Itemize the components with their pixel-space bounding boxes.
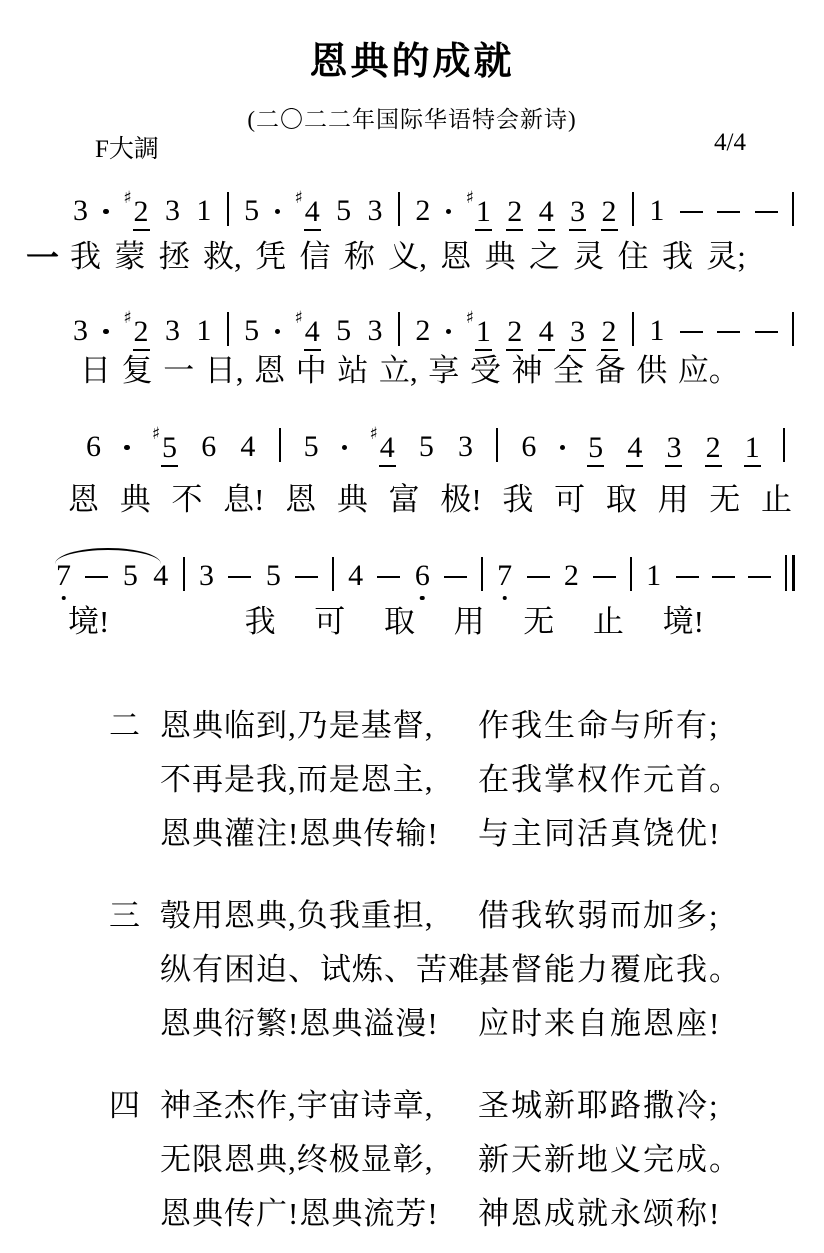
verse-line-left: 无限恩典,终极显彰, bbox=[160, 1134, 434, 1179]
verse-line-left: 恩典临到,乃是基督, bbox=[160, 700, 434, 745]
lyric-syllable: 蒙 bbox=[114, 238, 145, 276]
note: 2 bbox=[506, 197, 523, 227]
note: 1 bbox=[648, 316, 665, 346]
final-barline bbox=[785, 555, 795, 591]
note: 2 bbox=[506, 317, 523, 347]
note: 6 bbox=[520, 432, 537, 462]
page-title: 恩典的成就 bbox=[0, 30, 824, 85]
verse-line-left: 彀用恩典,负我重担, bbox=[160, 890, 434, 935]
sharp-icon: ♯ bbox=[123, 190, 131, 207]
note: 7 bbox=[55, 561, 72, 591]
low-octave-dot-icon bbox=[420, 596, 425, 601]
verse-line-right: 与主同活真饶优! bbox=[478, 808, 721, 853]
lyric-syllable: 典 bbox=[485, 238, 516, 276]
duration-dash bbox=[377, 576, 400, 579]
lyric-syllable: 日, bbox=[205, 352, 244, 390]
note-number: 2 bbox=[601, 317, 618, 351]
lyric-syllable: 之 bbox=[529, 238, 560, 276]
duration-dash bbox=[676, 576, 699, 579]
note: 4 bbox=[152, 561, 169, 591]
lyric-syllable: 止 bbox=[761, 481, 792, 519]
duration-dash bbox=[444, 576, 467, 579]
verse-block: 三彀用恩典,负我重担,借我软弱而加多;纵有困迫、试炼、苦难,基督能力覆庇我。恩典… bbox=[0, 890, 824, 1052]
note: 3 bbox=[457, 432, 474, 462]
sharp-icon: ♯ bbox=[294, 310, 302, 327]
duration-dash bbox=[228, 576, 251, 579]
lyric-syllable: 应。 bbox=[678, 352, 740, 390]
note-number: 3 bbox=[665, 433, 682, 467]
note: 1 bbox=[648, 196, 665, 226]
lyric-syllable: 日 bbox=[80, 352, 111, 390]
verse-block: 二恩典临到,乃是基督,作我生命与所有;不再是我,而是恩主,在我掌权作元首。恩典灌… bbox=[0, 700, 824, 862]
note-number: 4 bbox=[538, 317, 555, 351]
lyric-syllable: 中 bbox=[296, 352, 327, 390]
augmentation-dot bbox=[446, 209, 452, 215]
lyric-syllable: 极! bbox=[440, 481, 481, 519]
verse-line-right: 圣城新耶路撒冷; bbox=[478, 1080, 720, 1125]
note: ♯2 bbox=[123, 317, 149, 347]
barline bbox=[783, 428, 785, 462]
lyric-syllable: 恩 bbox=[440, 238, 471, 276]
note-number: 2 bbox=[414, 316, 431, 346]
note-number: 4 bbox=[239, 432, 256, 462]
lyric-syllable: 我 bbox=[70, 238, 101, 276]
note: ♯4 bbox=[294, 197, 320, 227]
stanza-marker: 一 bbox=[26, 240, 59, 278]
barline bbox=[227, 312, 229, 346]
lyric-line: 我蒙拯救,凭信称义,恩典之灵住我灵; bbox=[70, 238, 746, 276]
lyric-syllable: 取 bbox=[606, 481, 637, 519]
note: 5 bbox=[335, 196, 352, 226]
note: ♯1 bbox=[466, 317, 492, 347]
note: 6 bbox=[85, 432, 102, 462]
duration-dash bbox=[85, 576, 108, 579]
note-number: 5 bbox=[243, 316, 260, 346]
duration-dash bbox=[295, 576, 318, 579]
lyric-syllable: 灵; bbox=[706, 238, 746, 276]
note: 3 bbox=[198, 561, 215, 591]
note: 2 bbox=[705, 433, 722, 463]
lyric-syllable: 信 bbox=[299, 238, 330, 276]
note-number: 1 bbox=[648, 196, 665, 226]
lyric-syllable: 境! bbox=[663, 603, 704, 641]
barline bbox=[792, 312, 794, 346]
barline bbox=[183, 557, 185, 591]
note-number: 2 bbox=[705, 433, 722, 467]
verse-row: 四神圣杰作,宇宙诗章,圣城新耶路撒冷; bbox=[0, 1080, 824, 1134]
sharp-icon: ♯ bbox=[466, 310, 474, 327]
note-number: 6 bbox=[85, 432, 102, 462]
note: ♯1 bbox=[466, 197, 492, 227]
note-number: 5 bbox=[418, 432, 435, 462]
note-number: 3 bbox=[72, 316, 89, 346]
barline bbox=[227, 192, 229, 226]
note: 3 bbox=[367, 196, 384, 226]
duration-dash bbox=[527, 576, 550, 579]
verse-line-right: 在我掌权作元首。 bbox=[478, 754, 742, 799]
verse-line-left: 纵有困迫、试炼、苦难, bbox=[160, 944, 489, 989]
note-number: 3 bbox=[569, 317, 586, 351]
low-octave-dot-icon bbox=[61, 596, 66, 601]
note-number: 3 bbox=[457, 432, 474, 462]
note-number: 4 bbox=[152, 561, 169, 591]
note: 5 bbox=[418, 432, 435, 462]
barline bbox=[496, 428, 498, 462]
note-number: 1 bbox=[195, 196, 212, 226]
note: ♯4 bbox=[294, 317, 320, 347]
note: 3 bbox=[164, 196, 181, 226]
lyric-syllable: 可 bbox=[554, 481, 585, 519]
note: 2 bbox=[601, 317, 618, 347]
note: 3 bbox=[569, 317, 586, 347]
note-number: 6 bbox=[414, 561, 431, 591]
verse-line-right: 应时来自施恩座! bbox=[478, 998, 721, 1043]
note: 4 bbox=[347, 561, 364, 591]
note-number: 4 bbox=[347, 561, 364, 591]
sharp-icon: ♯ bbox=[152, 426, 160, 443]
slur-icon bbox=[55, 548, 161, 564]
note-number: 3 bbox=[164, 316, 181, 346]
note-number: 3 bbox=[72, 196, 89, 226]
lyric-syllable: 一 bbox=[163, 352, 194, 390]
lyric-syllable: 义, bbox=[388, 238, 427, 276]
note: 3 bbox=[665, 433, 682, 463]
note: 1 bbox=[645, 561, 662, 591]
lyric-syllable: 拯 bbox=[159, 238, 190, 276]
note: 6 bbox=[414, 561, 431, 591]
verse-line-right: 作我生命与所有; bbox=[478, 700, 720, 745]
lyric-syllable: 取 bbox=[384, 603, 415, 641]
lyric-syllable: 典 bbox=[120, 481, 151, 519]
lyric-syllable: 凭 bbox=[255, 238, 286, 276]
note-number: 7 bbox=[55, 561, 72, 591]
sharp-icon: ♯ bbox=[369, 426, 377, 443]
lyric-syllable: 富 bbox=[389, 481, 420, 519]
notation-line: 7543546721 bbox=[55, 549, 795, 591]
note: 5 bbox=[122, 561, 139, 591]
lyric-line: 恩典不息!恩典富极!我可取用无止 bbox=[68, 481, 792, 519]
note-number: 4 bbox=[379, 433, 396, 467]
lyric-line: 境!我可取用无止境! bbox=[68, 603, 704, 641]
note-number: 5 bbox=[161, 433, 178, 467]
note: 2 bbox=[601, 197, 618, 227]
notation-line: 3♯2315♯4532♯124321 bbox=[72, 184, 794, 226]
note-number: 5 bbox=[303, 432, 320, 462]
verse-marker: 二 bbox=[109, 700, 140, 745]
lyric-syllable: 可 bbox=[314, 603, 345, 641]
verse-line-right: 基督能力覆庇我。 bbox=[478, 944, 742, 989]
verse-line-left: 恩典传广!恩典流芳! bbox=[160, 1188, 439, 1233]
note: 1 bbox=[195, 316, 212, 346]
note-number: 3 bbox=[367, 196, 384, 226]
note-number: 4 bbox=[538, 197, 555, 231]
note-number: 1 bbox=[744, 433, 761, 467]
verse-row: 恩典传广!恩典流芳!神恩成就永颂称! bbox=[0, 1188, 824, 1242]
note-number: 3 bbox=[198, 561, 215, 591]
lyric-syllable: 我 bbox=[502, 481, 533, 519]
barline bbox=[332, 557, 334, 591]
note-number: 2 bbox=[506, 317, 523, 351]
verse-row: 无限恩典,终极显彰,新天新地义完成。 bbox=[0, 1134, 824, 1188]
augmentation-dot bbox=[103, 329, 109, 335]
note: 3 bbox=[569, 197, 586, 227]
duration-dash bbox=[748, 576, 771, 579]
lyric-syllable: 用 bbox=[454, 603, 485, 641]
verse-marker: 三 bbox=[109, 890, 140, 935]
barline bbox=[792, 555, 795, 591]
note-number: 7 bbox=[496, 561, 513, 591]
note-number: 1 bbox=[475, 317, 492, 351]
note: 4 bbox=[239, 432, 256, 462]
lyric-syllable: 无 bbox=[709, 481, 740, 519]
verse-line-left: 神圣杰作,宇宙诗章, bbox=[160, 1080, 434, 1125]
lyric-syllable: 典 bbox=[337, 481, 368, 519]
barline bbox=[398, 312, 400, 346]
lyric-syllable: 供 bbox=[636, 352, 667, 390]
note: 7 bbox=[496, 561, 513, 591]
lyric-syllable: 境! bbox=[68, 603, 109, 641]
verse-row: 不再是我,而是恩主,在我掌权作元首。 bbox=[0, 754, 824, 808]
note: 5 bbox=[243, 196, 260, 226]
sharp-icon: ♯ bbox=[294, 190, 302, 207]
lyric-syllable: 息! bbox=[223, 481, 264, 519]
barline bbox=[632, 312, 634, 346]
augmentation-dot bbox=[275, 329, 281, 335]
barline bbox=[785, 555, 788, 591]
note-number: 5 bbox=[243, 196, 260, 226]
note-number: 5 bbox=[335, 316, 352, 346]
note: 5 bbox=[243, 316, 260, 346]
note: 3 bbox=[72, 196, 89, 226]
lyric-syllable: 站 bbox=[337, 352, 368, 390]
sharp-icon: ♯ bbox=[466, 190, 474, 207]
lyric-syllable: 恩 bbox=[68, 481, 99, 519]
barline bbox=[398, 192, 400, 226]
note-number: 6 bbox=[200, 432, 217, 462]
lyric-syllable: 我 bbox=[662, 238, 693, 276]
lyric-syllable: 止 bbox=[593, 603, 624, 641]
barline bbox=[792, 192, 794, 226]
note-number: 5 bbox=[335, 196, 352, 226]
lyric-syllable: 恩 bbox=[254, 352, 285, 390]
lyric-syllable: 受 bbox=[470, 352, 501, 390]
note: 2 bbox=[563, 561, 580, 591]
duration-dash bbox=[755, 211, 778, 214]
note: 3 bbox=[367, 316, 384, 346]
note: 5 bbox=[587, 433, 604, 463]
verse-line-right: 新天新地义完成。 bbox=[478, 1134, 742, 1179]
note-number: 5 bbox=[265, 561, 282, 591]
duration-dash bbox=[680, 211, 703, 214]
augmentation-dot bbox=[124, 445, 130, 451]
barline bbox=[279, 428, 281, 462]
lyric-syllable: 立, bbox=[379, 352, 418, 390]
note: 5 bbox=[335, 316, 352, 346]
note-number: 2 bbox=[133, 317, 150, 351]
notation-line: 6♯5645♯453654321 bbox=[85, 420, 785, 462]
sharp-icon: ♯ bbox=[123, 310, 131, 327]
low-octave-dot-icon bbox=[502, 596, 507, 601]
duration-dash bbox=[717, 331, 740, 334]
duration-dash bbox=[593, 576, 616, 579]
note-number: 3 bbox=[569, 197, 586, 231]
note-number: 2 bbox=[563, 561, 580, 591]
verse-line-left: 恩典灌注!恩典传输! bbox=[160, 808, 439, 853]
notation-line: 3♯2315♯4532♯124321 bbox=[72, 304, 794, 346]
lyric-syllable: 复 bbox=[122, 352, 153, 390]
note: 4 bbox=[626, 433, 643, 463]
verse-block: 四神圣杰作,宇宙诗章,圣城新耶路撒冷;无限恩典,终极显彰,新天新地义完成。恩典传… bbox=[0, 1080, 824, 1242]
note-number: 4 bbox=[304, 197, 321, 231]
note: 6 bbox=[200, 432, 217, 462]
note-number: 3 bbox=[164, 196, 181, 226]
verse-line-left: 不再是我,而是恩主, bbox=[160, 754, 434, 799]
note-number: 5 bbox=[587, 433, 604, 467]
note-number: 4 bbox=[304, 317, 321, 351]
lyric-syllable: 灵 bbox=[573, 238, 604, 276]
lyric-syllable: 无 bbox=[523, 603, 554, 641]
augmentation-dot bbox=[103, 209, 109, 215]
time-signature: 4/4 bbox=[714, 129, 746, 157]
key-signature: F大調 bbox=[95, 129, 159, 165]
verse-row: 纵有困迫、试炼、苦难,基督能力覆庇我。 bbox=[0, 944, 824, 998]
note: 3 bbox=[72, 316, 89, 346]
lyric-syllable: 神 bbox=[511, 352, 542, 390]
verse-row: 恩典衍繁!恩典溢漫!应时来自施恩座! bbox=[0, 998, 824, 1052]
verse-row: 二恩典临到,乃是基督,作我生命与所有; bbox=[0, 700, 824, 754]
note: 4 bbox=[538, 197, 555, 227]
note: 1 bbox=[195, 196, 212, 226]
note-number: 2 bbox=[133, 197, 150, 231]
barline bbox=[481, 557, 483, 591]
note-number: 2 bbox=[506, 197, 523, 231]
lyric-syllable: 恩 bbox=[285, 481, 316, 519]
note: 5 bbox=[303, 432, 320, 462]
duration-dash bbox=[717, 211, 740, 214]
lyric-syllable: 备 bbox=[595, 352, 626, 390]
note: 2 bbox=[414, 316, 431, 346]
lyric-syllable: 住 bbox=[618, 238, 649, 276]
note-number: 6 bbox=[520, 432, 537, 462]
verse-line-right: 借我软弱而加多; bbox=[478, 890, 720, 935]
augmentation-dot bbox=[275, 209, 281, 215]
note: 2 bbox=[414, 196, 431, 226]
note-number: 1 bbox=[645, 561, 662, 591]
duration-dash bbox=[680, 331, 703, 334]
lyric-line: 日复一日,恩中站立,享受神全备供应。 bbox=[80, 352, 740, 390]
lyric-syllable: 用 bbox=[658, 481, 689, 519]
note-number: 1 bbox=[195, 316, 212, 346]
lyric-syllable: 全 bbox=[553, 352, 584, 390]
note: 4 bbox=[538, 317, 555, 347]
duration-dash bbox=[712, 576, 735, 579]
augmentation-dot bbox=[560, 445, 566, 451]
note-number: 2 bbox=[414, 196, 431, 226]
verse-row: 恩典灌注!恩典传输!与主同活真饶优! bbox=[0, 808, 824, 862]
note: 3 bbox=[164, 316, 181, 346]
lyric-syllable: 我 bbox=[245, 603, 276, 641]
lyric-syllable: 享 bbox=[428, 352, 459, 390]
lyric-syllable: 称 bbox=[344, 238, 375, 276]
verse-row: 三彀用恩典,负我重担,借我软弱而加多; bbox=[0, 890, 824, 944]
barline bbox=[632, 192, 634, 226]
verse-marker: 四 bbox=[109, 1080, 140, 1125]
note-number: 4 bbox=[626, 433, 643, 467]
note-number: 1 bbox=[648, 316, 665, 346]
barline bbox=[630, 557, 632, 591]
note: 1 bbox=[744, 433, 761, 463]
lyric-syllable: 不 bbox=[171, 481, 202, 519]
note: ♯4 bbox=[369, 433, 395, 463]
verse-line-right: 神恩成就永颂称! bbox=[478, 1188, 721, 1233]
lyric-syllable: 救, bbox=[203, 238, 242, 276]
note-number: 3 bbox=[367, 316, 384, 346]
note-number: 5 bbox=[122, 561, 139, 591]
note-number: 2 bbox=[601, 197, 618, 231]
verse-line-left: 恩典衍繁!恩典溢漫! bbox=[160, 998, 439, 1043]
note: ♯2 bbox=[123, 197, 149, 227]
augmentation-dot bbox=[342, 445, 348, 451]
duration-dash bbox=[755, 331, 778, 334]
note: 5 bbox=[265, 561, 282, 591]
augmentation-dot bbox=[446, 329, 452, 335]
note-number: 1 bbox=[475, 197, 492, 231]
note: ♯5 bbox=[152, 433, 178, 463]
hymn-sheet: 恩典的成就 (二〇二二年国际华语特会新诗) F大調 4/4 3♯2315♯453… bbox=[0, 0, 824, 1253]
